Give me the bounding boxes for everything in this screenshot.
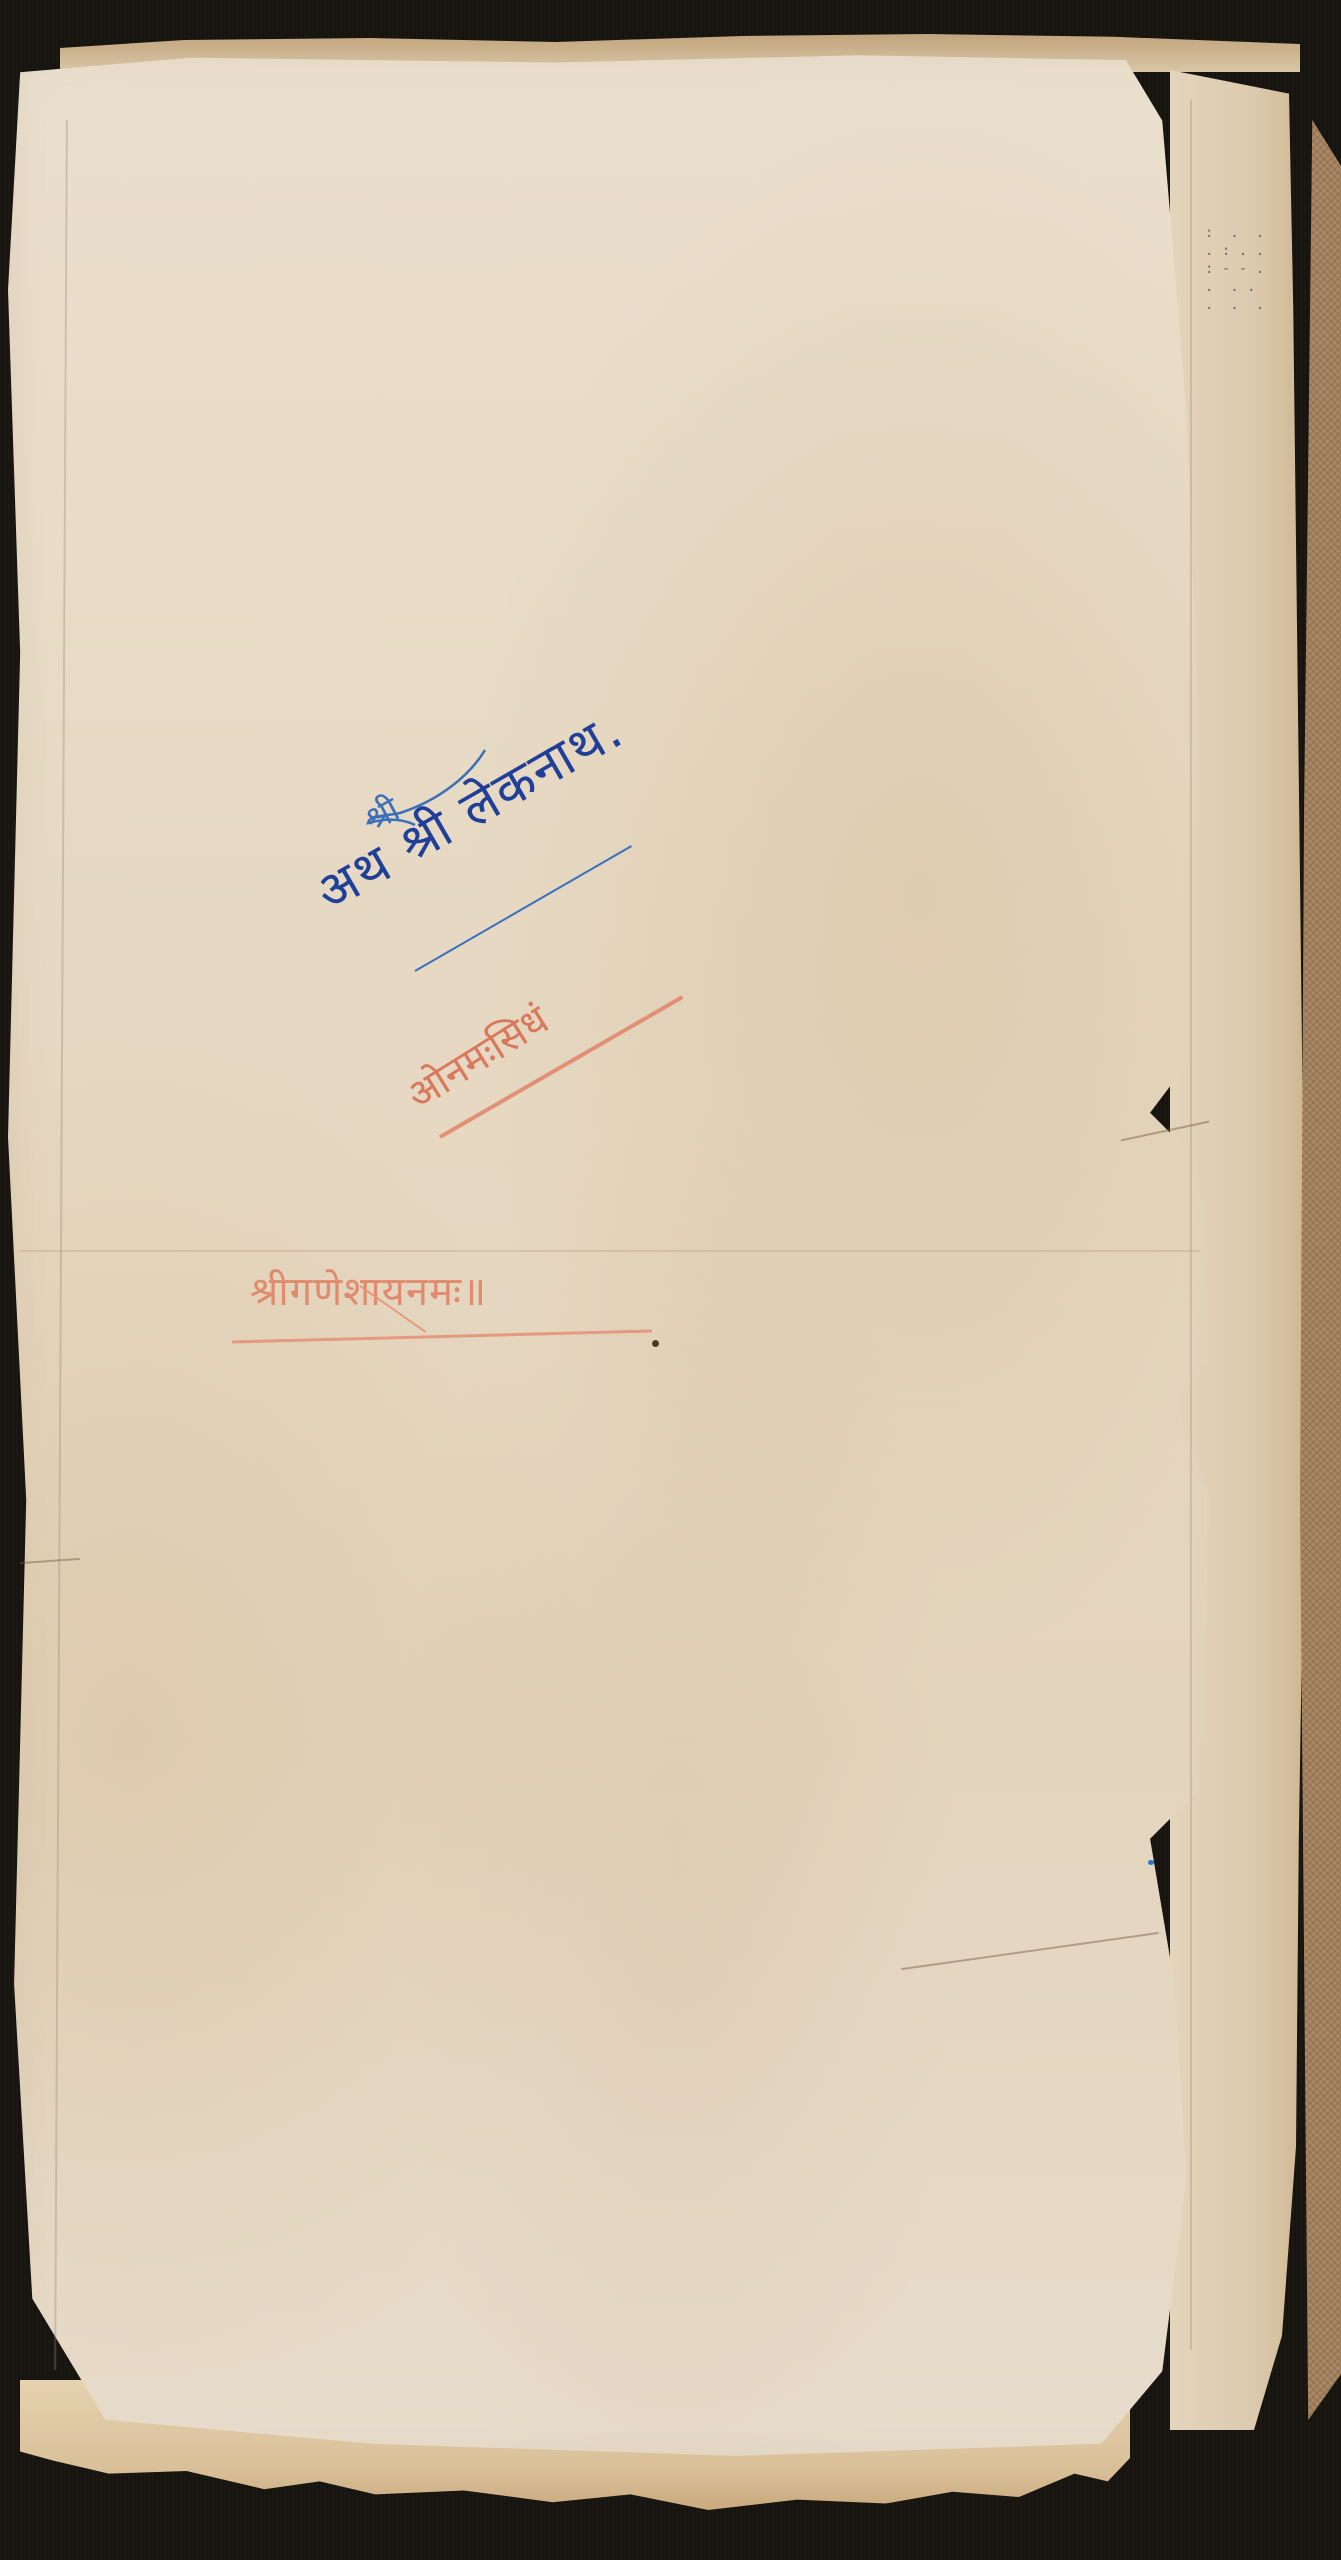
blue-ink-speck [1148,1860,1154,1865]
manuscript-photo: : . . . : . . : - - . . . . . . . श्री अ… [0,0,1341,2560]
red-invocation-title: श्रीगणेशायनमः॥ [250,1262,487,1317]
fold-line-right [1190,100,1192,2350]
binding-cloth [1300,120,1341,2420]
horizontal-crease [20,1250,1200,1252]
cover-page [8,48,1223,2468]
faded-side-marks: : . . . : . . : - - . . . . . . . [1205,224,1275,364]
ink-speck [652,1340,659,1347]
